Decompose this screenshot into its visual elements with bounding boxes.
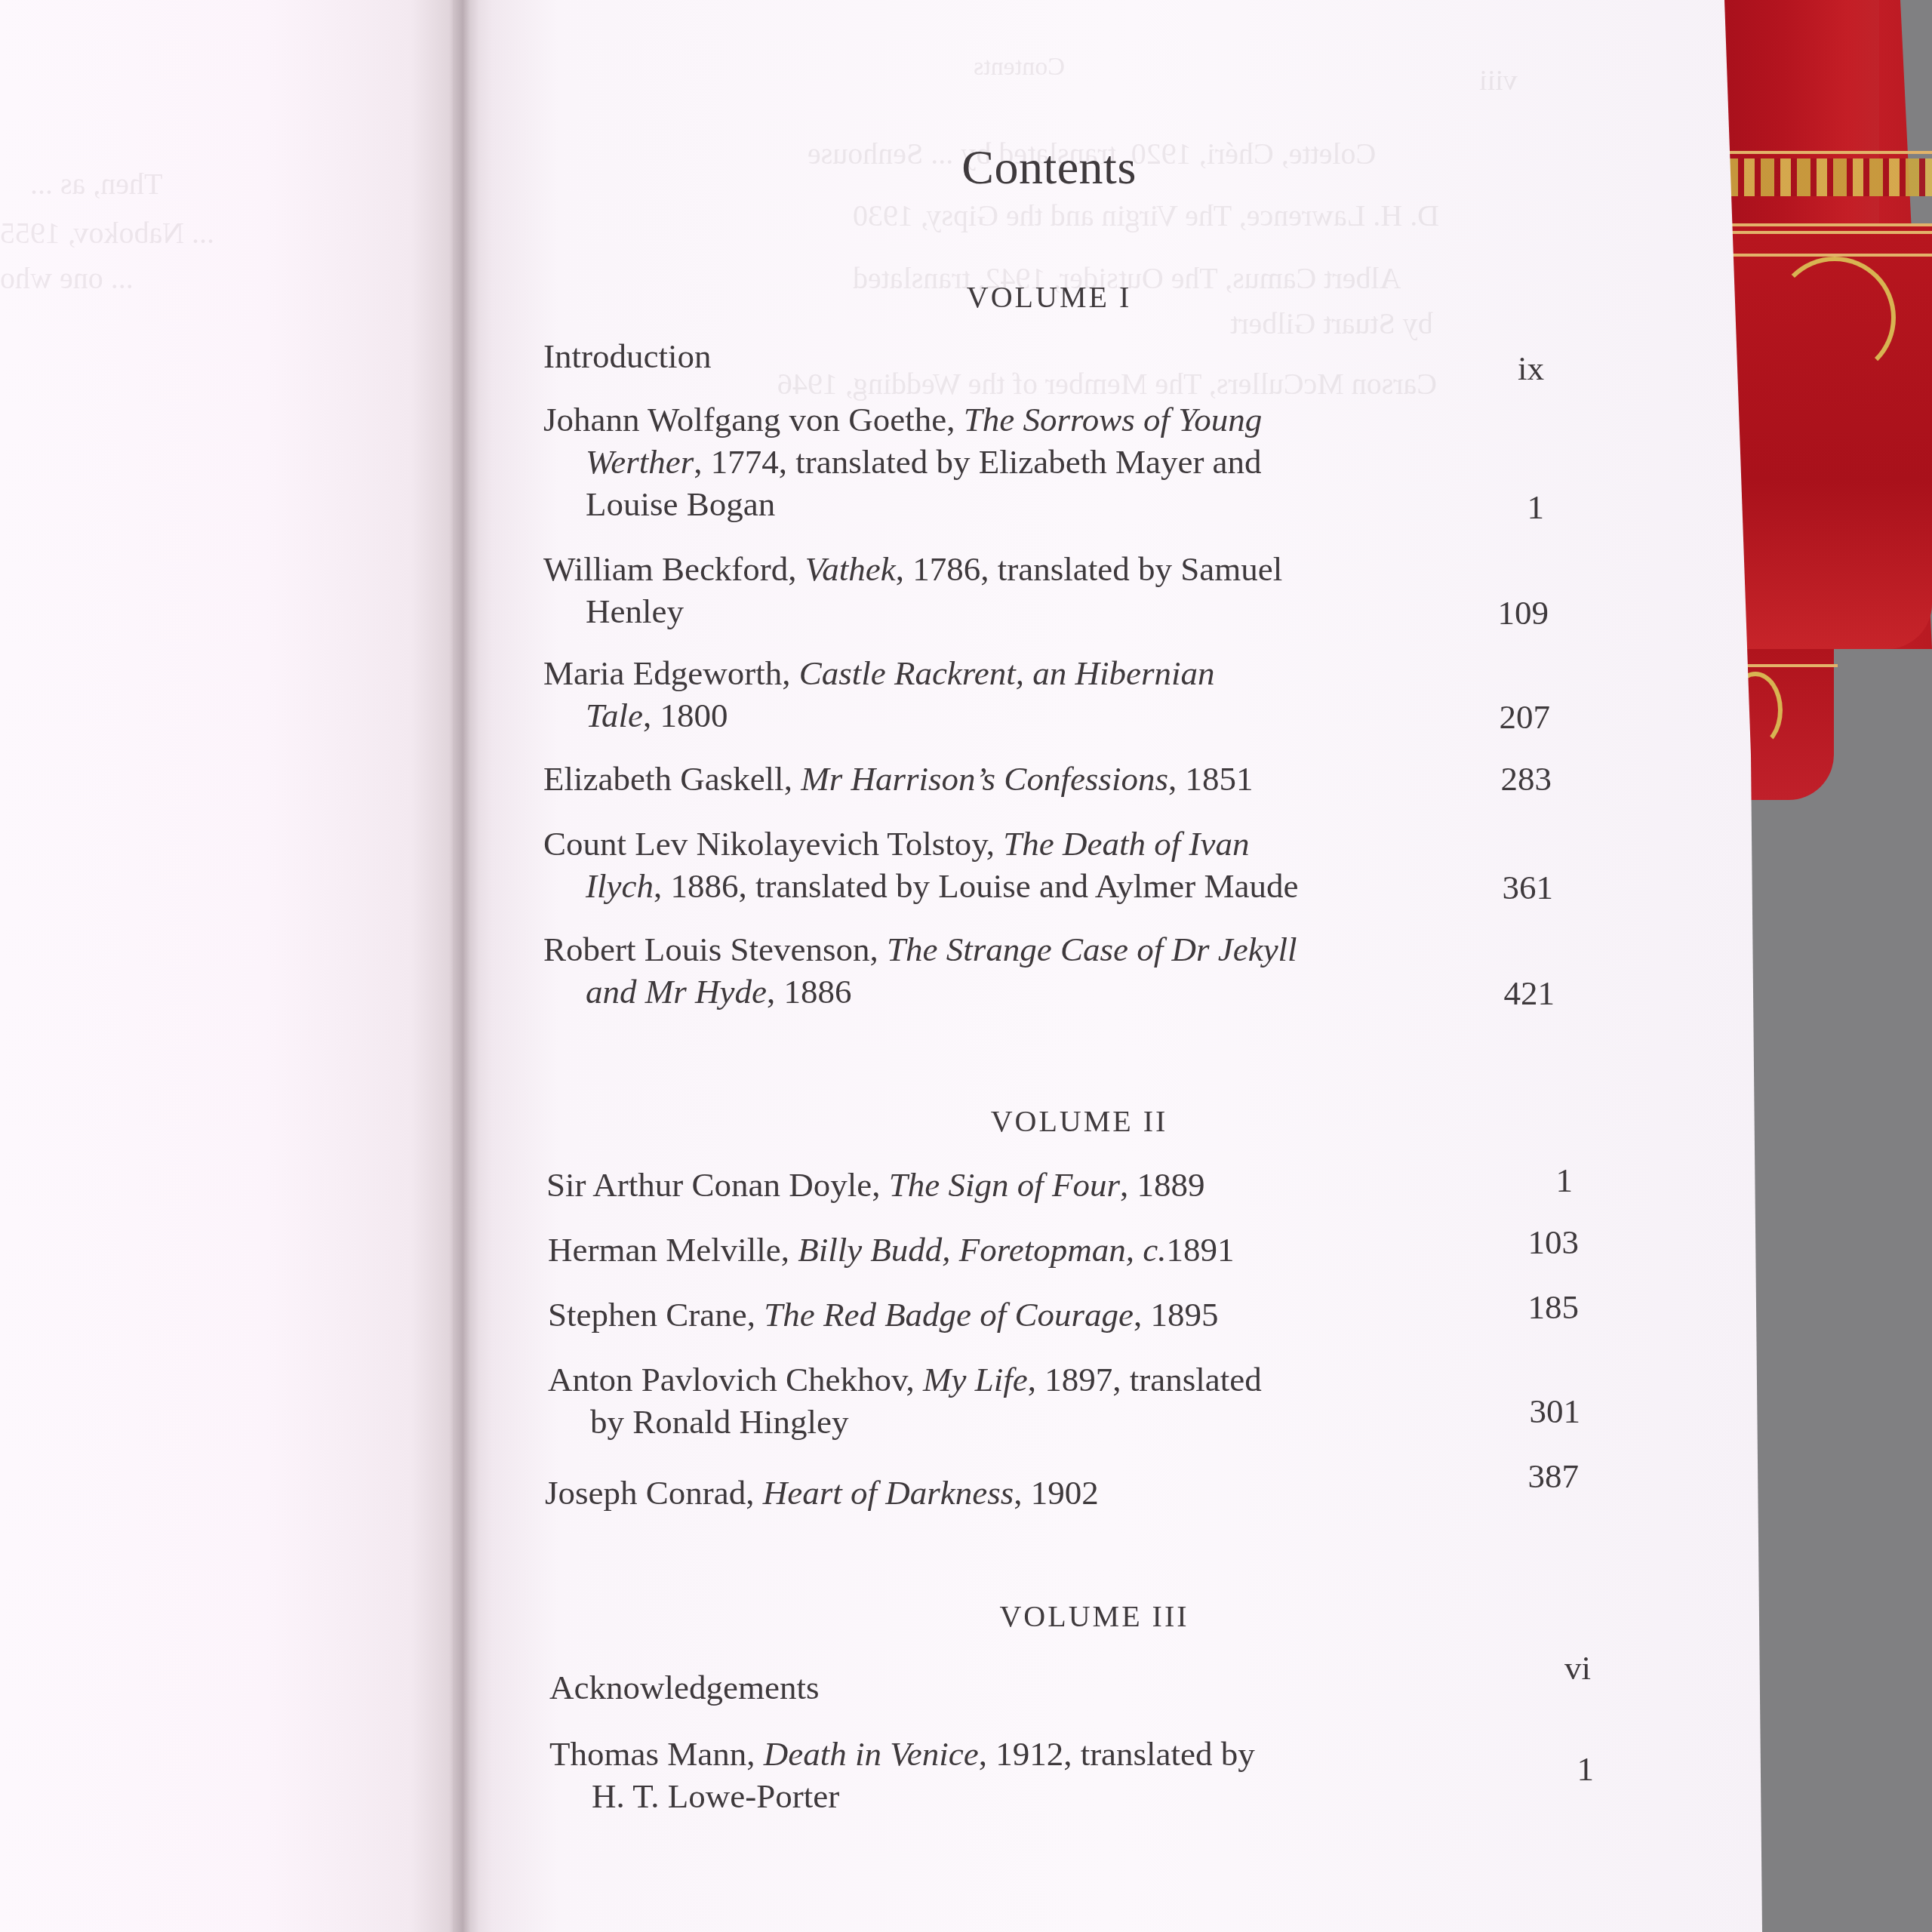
entry-line: Anton Pavlovich Chekhov, My Life, 1897, … [548,1358,1574,1401]
author-text: Maria Edgeworth, [543,654,799,692]
bleed-line: D. H. Lawrence, The Virgin and the Gipsy… [853,198,1439,233]
page-number: 421 [1504,972,1555,1014]
entry-text: , 1851 [1168,760,1254,798]
entry-line: and Mr Hyde, 1886 [543,971,1570,1013]
gilt-rule [1724,231,1932,234]
page-number: 361 [1503,866,1554,909]
entry-line: Werther, 1774, translated by Elizabeth M… [543,441,1570,483]
entry-line: Acknowledgements [549,1666,1576,1709]
entry-text: , 1800 [643,697,728,734]
entry-text: Introduction [543,337,711,375]
page-number: 1 [1577,1748,1595,1790]
page-number: ix [1518,347,1544,389]
gilt-rule [1724,151,1932,154]
entry-line: William Beckford, Vathek, 1786, translat… [543,548,1570,590]
left-page: Then, as ... ... Nabokov, 1955 ... one w… [0,0,483,1932]
author-text: Elizabeth Gaskell, [543,760,801,798]
book-gutter [449,0,479,1932]
entry-line: Tale, 1800 [543,694,1570,737]
bleed-running-head: Contents [974,53,1065,82]
entry-line: H. T. Lowe-Porter [549,1775,1576,1817]
entry-line: Herman Melville, Billy Budd, Foretopman,… [548,1229,1574,1271]
toc-entry: Johann Wolfgang von Goethe, The Sorrows … [543,398,1570,525]
toc-entry: Stephen Crane, The Red Badge of Courage,… [548,1294,1574,1336]
toc-entry: Thomas Mann, Death in Venice, 1912, tran… [549,1733,1576,1817]
page-number: 1 [1556,1159,1574,1201]
page-number: 301 [1530,1390,1581,1432]
work-title-text: The Death of Ivan [1003,825,1249,863]
work-title-text: Death in Venice [764,1735,979,1773]
bleed-page-number: viii [1479,64,1518,97]
page-number: 109 [1498,592,1549,634]
page-number: 103 [1528,1221,1580,1263]
work-title-text: Heart of Darkness [763,1474,1014,1512]
page-title: Contents [853,140,1245,195]
entry-line: Thomas Mann, Death in Venice, 1912, tran… [549,1733,1576,1775]
translator-text: Louise Bogan [586,485,775,523]
book-photo-scene: Then, as ... ... Nabokov, 1955 ... one w… [0,0,1932,1932]
entry-text: , 1886, translated by Louise and Aylmer … [654,867,1298,905]
page-number: 207 [1500,696,1551,738]
work-title-text: Castle Rackrent, an Hibernian [799,654,1215,692]
entry-line: Ilych, 1886, translated by Louise and Ay… [543,865,1570,907]
toc-entry: Maria Edgeworth, Castle Rackrent, an Hib… [543,652,1570,737]
entry-line: Sir Arthur Conan Doyle, The Sign of Four… [546,1164,1573,1206]
entry-text: , 1895 [1134,1296,1219,1334]
translator-text: Henley [586,592,684,630]
volume-heading-1: VOLUME I [891,279,1207,315]
translator-text: H. T. Lowe-Porter [592,1777,839,1815]
bleed-through-text: Then, as ... [30,166,163,202]
entry-text: 1891 [1166,1231,1234,1269]
gilt-flourish-icon [1774,257,1896,379]
page-number: 1 [1527,486,1545,528]
page-number: vi [1564,1647,1591,1689]
author-text: Robert Louis Stevenson, [543,931,887,968]
entry-line: Elizabeth Gaskell, Mr Harrison’s Confess… [543,758,1570,800]
toc-entry: Sir Arthur Conan Doyle, The Sign of Four… [546,1164,1573,1206]
work-title-text: The Strange Case of Dr Jekyll [887,931,1297,968]
entry-line: Louise Bogan [543,483,1570,525]
gilt-rule [1724,223,1932,226]
entry-line: Henley [543,590,1570,632]
author-text: Count Lev Nikolayevich Tolstoy, [543,825,1003,863]
gilt-ornament-band [1724,158,1932,196]
entry-line: Stephen Crane, The Red Badge of Courage,… [548,1294,1574,1336]
work-title-text: Werther [586,443,694,481]
volume-heading-2: VOLUME II [913,1103,1245,1139]
gilt-rule [1732,664,1838,667]
page-number: 185 [1528,1286,1580,1328]
bleed-through-text: ... one who [0,260,134,296]
entry-line: Maria Edgeworth, Castle Rackrent, an Hib… [543,652,1570,694]
work-title-text: The Sorrows of Young [964,401,1263,438]
work-title-text: Ilych [586,867,654,905]
entry-text: Acknowledgements [549,1669,819,1706]
toc-entry: Acknowledgements vi [549,1666,1576,1709]
work-title-text: The Red Badge of Courage [764,1296,1134,1334]
author-text: William Beckford, [543,550,805,588]
toc-entry: Joseph Conrad, Heart of Darkness, 1902 3… [545,1472,1571,1514]
author-text: Johann Wolfgang von Goethe, [543,401,964,438]
entry-line: Johann Wolfgang von Goethe, The Sorrows … [543,398,1570,441]
page-number: 387 [1528,1455,1580,1497]
toc-entry: Anton Pavlovich Chekhov, My Life, 1897, … [548,1358,1574,1443]
entry-line: Count Lev Nikolayevich Tolstoy, The Deat… [543,823,1570,865]
entry-text: , 1886 [767,973,852,1011]
entry-line: Introduction [543,335,1570,377]
entry-line: Robert Louis Stevenson, The Strange Case… [543,928,1570,971]
entry-text: , 1774, translated by Elizabeth Mayer an… [694,443,1261,481]
bleed-through-text: ... Nabokov, 1955 [0,215,214,251]
author-text: Anton Pavlovich Chekhov, [548,1361,923,1398]
toc-entry: Herman Melville, Billy Budd, Foretopman,… [548,1229,1574,1271]
toc-entry: Count Lev Nikolayevich Tolstoy, The Deat… [543,823,1570,907]
page-number: 283 [1501,758,1552,800]
entry-text: , 1897, translated [1028,1361,1262,1398]
author-text: Herman Melville, [548,1231,798,1269]
entry-text: , 1786, translated by Samuel [896,550,1282,588]
author-text: Sir Arthur Conan Doyle, [546,1166,889,1204]
entry-line: Joseph Conrad, Heart of Darkness, 1902 [545,1472,1571,1514]
author-text: Stephen Crane, [548,1296,764,1334]
entry-line: by Ronald Hingley [548,1401,1574,1443]
work-title-text: Mr Harrison’s Confessions [801,760,1168,798]
author-text: Thomas Mann, [549,1735,764,1773]
toc-entry: Elizabeth Gaskell, Mr Harrison’s Confess… [543,758,1570,800]
toc-entry: Robert Louis Stevenson, The Strange Case… [543,928,1570,1013]
work-title-text: and Mr Hyde [586,973,767,1011]
work-title-text: Tale [586,697,643,734]
volume-heading-3: VOLUME III [921,1598,1268,1634]
entry-text: , 1889 [1120,1166,1205,1204]
entry-text: , 1912, translated by [979,1735,1255,1773]
translator-text: by Ronald Hingley [590,1403,848,1441]
work-title-text: Billy Budd, Foretopman, c. [798,1231,1166,1269]
toc-entry: Introduction ix [543,335,1570,377]
work-title-text: Vathek [805,550,896,588]
work-title-text: My Life [923,1361,1028,1398]
toc-entry: William Beckford, Vathek, 1786, translat… [543,548,1570,632]
work-title-text: The Sign of Four [889,1166,1120,1204]
entry-text: , 1902 [1014,1474,1099,1512]
author-text: Joseph Conrad, [545,1474,763,1512]
